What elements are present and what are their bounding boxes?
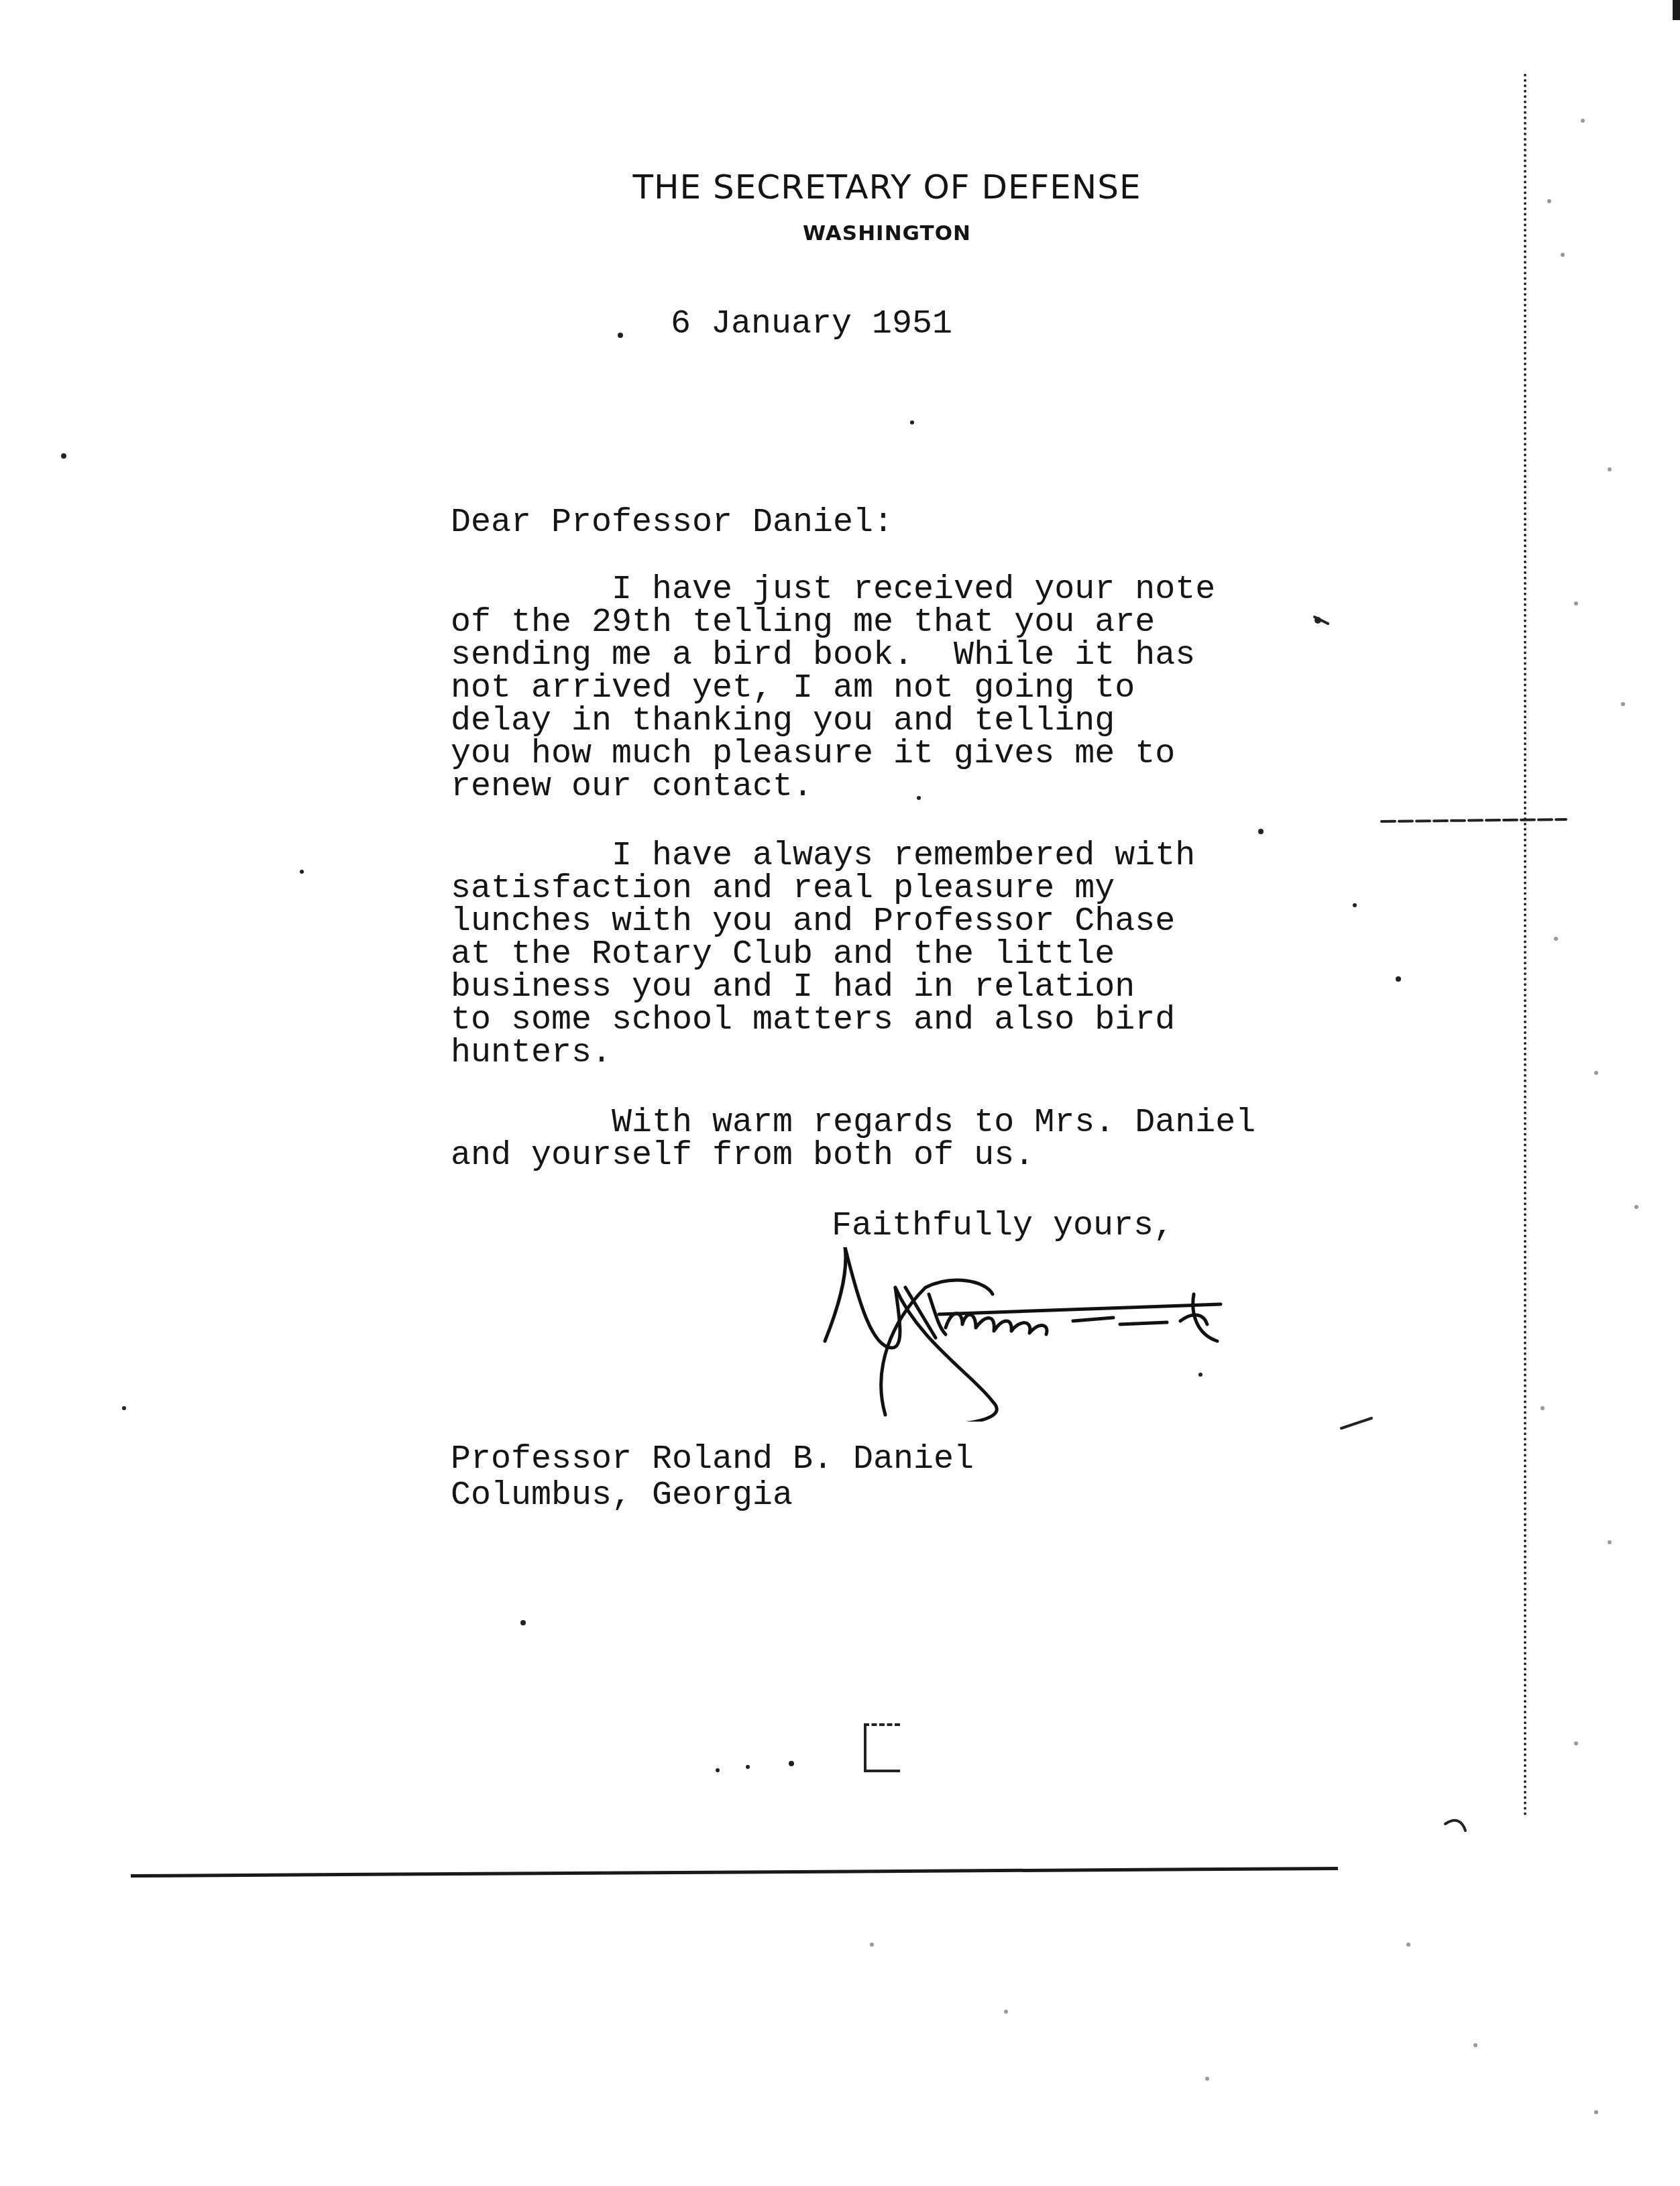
paragraph-3: With warm regards to Mrs. Daniel and you… bbox=[451, 1106, 1255, 1172]
paragraph-1: I have just received your note of the 29… bbox=[451, 573, 1215, 803]
recipient-name: Professor Roland B. Daniel bbox=[451, 1440, 974, 1479]
recipient-address: Professor Roland B. Daniel Columbus, Geo… bbox=[451, 1442, 974, 1514]
letterhead-title: THE SECRETARY OF DEFENSE bbox=[0, 168, 1680, 207]
paragraph-2: I have always remembered with satisfacti… bbox=[451, 840, 1195, 1070]
bottom-rule bbox=[131, 1867, 1338, 1878]
letter-page: THE SECRETARY OF DEFENSE WASHINGTON 6 Ja… bbox=[0, 0, 1680, 2186]
recipient-city: Columbus, Georgia bbox=[451, 1477, 793, 1515]
letter-date: 6 January 1951 bbox=[671, 305, 952, 343]
signature-icon bbox=[818, 1247, 1274, 1422]
right-margin-rule bbox=[1524, 74, 1529, 1817]
corner-mark bbox=[1673, 0, 1680, 20]
closing: Faithfully yours, bbox=[832, 1207, 1174, 1245]
salutation: Dear Professor Daniel: bbox=[451, 506, 893, 539]
letterhead-location: WASHINGTON bbox=[0, 221, 1680, 245]
bracket-mark bbox=[864, 1723, 900, 1772]
